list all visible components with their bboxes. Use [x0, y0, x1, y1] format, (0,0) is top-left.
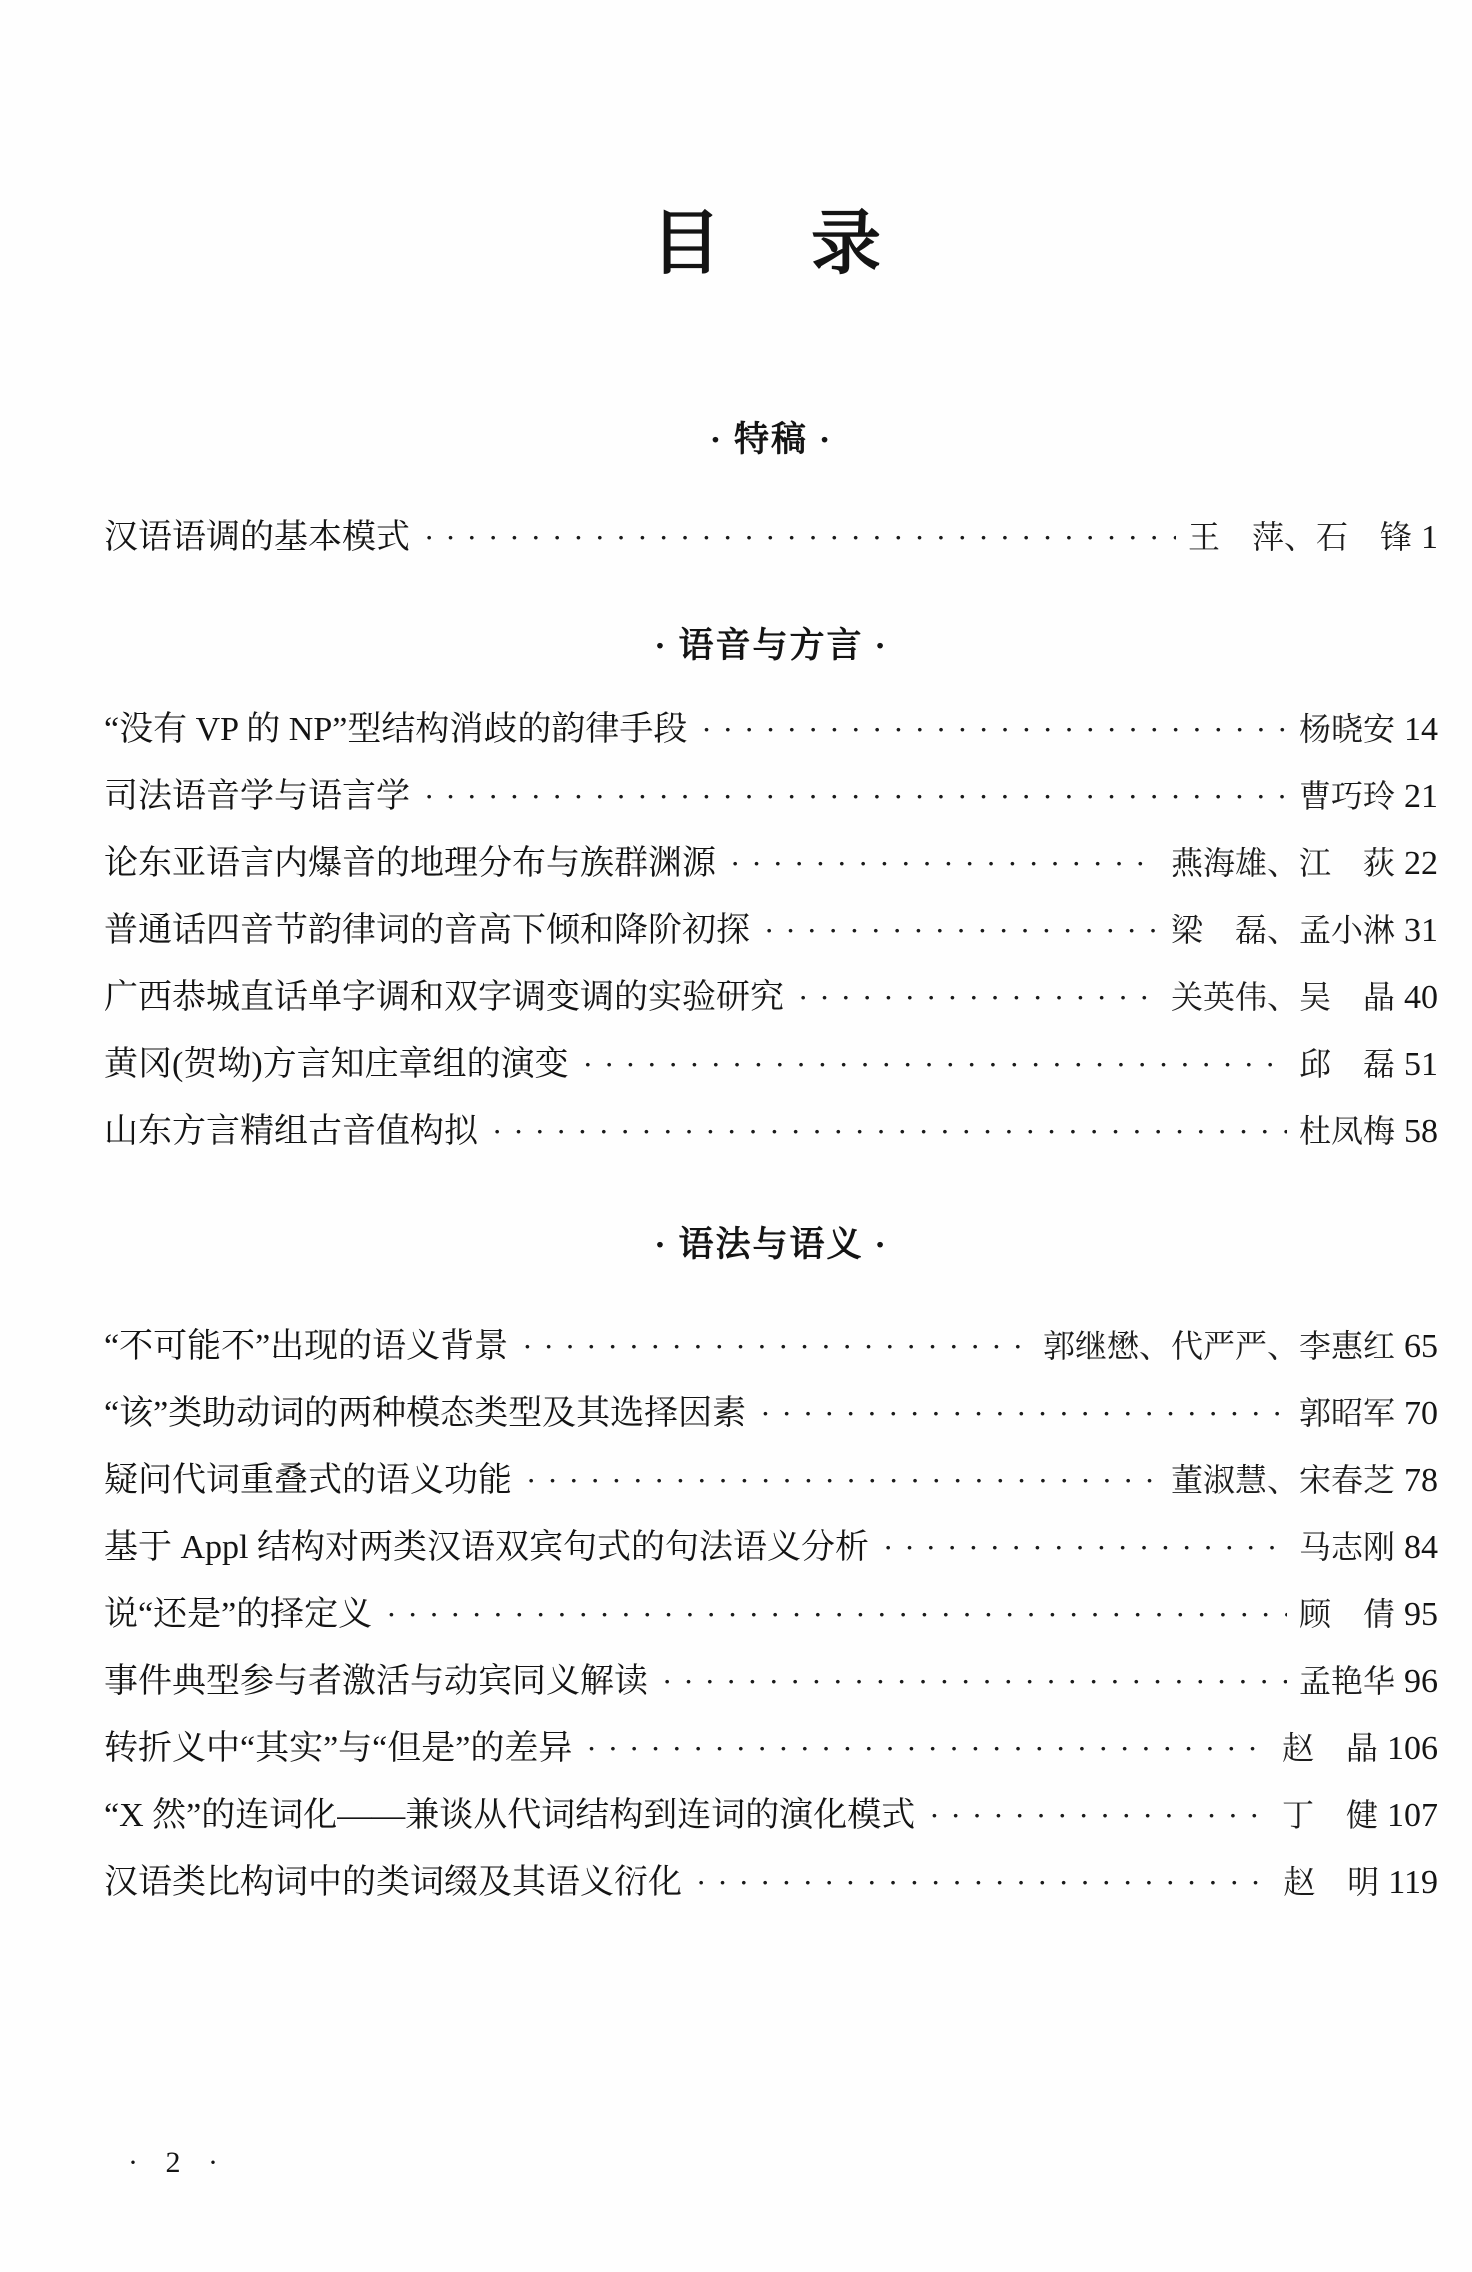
entry-authors: 赵 晶: [1282, 1715, 1378, 1782]
dot-leader: [760, 1380, 1287, 1453]
dot-leader: [730, 830, 1159, 903]
entry-authors: 郭继懋、代严严、李惠红: [1043, 1313, 1395, 1380]
entry-title: 事件典型参与者激活与动宾同义解读: [104, 1648, 648, 1715]
dot-leader: [424, 504, 1176, 577]
toc-section: · 特稿 · 汉语语调的基本模式 王 萍、石 锋 1: [104, 420, 1438, 571]
toc-entry: “不可能不”出现的语义背景 郭继懋、代严严、李惠红 65: [104, 1313, 1438, 1380]
entry-authors: 郭昭军: [1299, 1380, 1395, 1447]
toc-entry: 说“还是”的择定义 顾 倩 95: [104, 1581, 1438, 1648]
entry-page-number: 106: [1387, 1715, 1438, 1782]
dot-leader: [929, 1782, 1270, 1855]
entry-page-number: 31: [1404, 897, 1438, 964]
entry-page-number: 51: [1404, 1031, 1438, 1098]
entry-list: “没有 VP 的 NP”型结构消歧的韵律手段 杨晓安 14 司法语音学与语言学 …: [104, 696, 1438, 1165]
entry-page-number: 22: [1404, 830, 1438, 897]
entry-authors: 燕海雄、江 荻: [1171, 830, 1395, 897]
toc-entry: “该”类助动词的两种模态类型及其选择因素 郭昭军 70: [104, 1380, 1438, 1447]
toc-entry: 广西恭城直话单字调和双字调变调的实验研究 关英伟、吴 晶 40: [104, 964, 1438, 1031]
toc-entry: 转折义中“其实”与“但是”的差异 赵 晶 106: [104, 1715, 1438, 1782]
entry-authors: 丁 健: [1282, 1782, 1378, 1849]
entry-title: 汉语类比构词中的类词缀及其语义衍化: [104, 1849, 682, 1916]
section-heading: · 特稿 ·: [104, 420, 1438, 460]
entry-page-number: 1: [1421, 504, 1438, 571]
entry-authors: 杨晓安: [1299, 696, 1395, 763]
entry-authors: 赵 明: [1283, 1849, 1379, 1916]
entry-title: 山东方言精组古音值构拟: [104, 1098, 478, 1165]
entry-title: 转折义中“其实”与“但是”的差异: [104, 1715, 572, 1782]
toc-content: 目 录 · 特稿 · 汉语语调的基本模式 王 萍、石 锋 1 · 语音与方言 ·…: [0, 208, 1472, 1916]
entry-title: “没有 VP 的 NP”型结构消歧的韵律手段: [104, 696, 687, 763]
sections: · 特稿 · 汉语语调的基本模式 王 萍、石 锋 1 · 语音与方言 · “没有…: [104, 420, 1438, 1916]
dot-leader: [424, 763, 1287, 836]
entry-page-number: 78: [1404, 1447, 1438, 1514]
entry-title: 说“还是”的择定义: [104, 1581, 372, 1648]
entry-title: 基于 Appl 结构对两类汉语双宾句式的句法语义分析: [104, 1514, 869, 1581]
entry-list: 汉语语调的基本模式 王 萍、石 锋 1: [104, 504, 1438, 571]
entry-page-number: 96: [1404, 1648, 1438, 1715]
dot-leader: [883, 1514, 1287, 1587]
toc-entry: “X 然”的连词化——兼谈从代词结构到连词的演化模式 丁 健 107: [104, 1782, 1438, 1849]
entry-list: “不可能不”出现的语义背景 郭继懋、代严严、李惠红 65 “该”类助动词的两种模…: [104, 1313, 1438, 1916]
toc-entry: 普通话四音节韵律词的音高下倾和降阶初探 梁 磊、孟小淋 31: [104, 897, 1438, 964]
entry-page-number: 70: [1404, 1380, 1438, 1447]
entry-title: 黄冈(贺坳)方言知庄章组的演变: [104, 1031, 569, 1098]
entry-title: “X 然”的连词化——兼谈从代词结构到连词的演化模式: [104, 1782, 915, 1849]
entry-authors: 梁 磊、孟小淋: [1171, 897, 1395, 964]
dot-leader: [526, 1447, 1159, 1520]
dot-leader: [586, 1715, 1270, 1788]
dot-leader: [662, 1648, 1287, 1721]
entry-title: 司法语音学与语言学: [104, 763, 410, 830]
page-title: 目 录: [104, 208, 1438, 282]
entry-authors: 杜凤梅: [1299, 1098, 1395, 1165]
entry-page-number: 65: [1404, 1313, 1438, 1380]
dot-leader: [386, 1581, 1287, 1654]
toc-entry: 黄冈(贺坳)方言知庄章组的演变 邱 磊 51: [104, 1031, 1438, 1098]
toc-entry: 汉语类比构词中的类词缀及其语义衍化 赵 明 119: [104, 1849, 1438, 1916]
entry-authors: 曹巧玲: [1299, 763, 1395, 830]
entry-title: 广西恭城直话单字调和双字调变调的实验研究: [104, 964, 784, 1031]
toc-entry: 论东亚语言内爆音的地理分布与族群渊源 燕海雄、江 荻 22: [104, 830, 1438, 897]
toc-entry: 基于 Appl 结构对两类汉语双宾句式的句法语义分析 马志刚 84: [104, 1514, 1438, 1581]
toc-section: · 语音与方言 · “没有 VP 的 NP”型结构消歧的韵律手段 杨晓安 14 …: [104, 626, 1438, 1165]
toc-entry: 事件典型参与者激活与动宾同义解读 孟艳华 96: [104, 1648, 1438, 1715]
toc-entry: 山东方言精组古音值构拟 杜凤梅 58: [104, 1098, 1438, 1165]
section-heading: · 语音与方言 ·: [104, 626, 1438, 666]
entry-authors: 王 萍、石 锋: [1188, 504, 1412, 571]
toc-entry: 汉语语调的基本模式 王 萍、石 锋 1: [104, 504, 1438, 571]
entry-page-number: 40: [1404, 964, 1438, 1031]
entry-page-number: 21: [1404, 763, 1438, 830]
toc-entry: “没有 VP 的 NP”型结构消歧的韵律手段 杨晓安 14: [104, 696, 1438, 763]
entry-authors: 孟艳华: [1299, 1648, 1395, 1715]
section-heading: · 语法与语义 ·: [104, 1225, 1438, 1265]
entry-authors: 邱 磊: [1299, 1031, 1395, 1098]
entry-authors: 关英伟、吴 晶: [1171, 964, 1395, 1031]
dot-leader: [764, 897, 1159, 970]
entry-page-number: 95: [1404, 1581, 1438, 1648]
entry-page-number: 119: [1388, 1849, 1438, 1916]
entry-title: 疑问代词重叠式的语义功能: [104, 1447, 512, 1514]
dot-leader: [522, 1313, 1031, 1386]
dot-leader: [701, 696, 1287, 769]
page-number-footer: · 2 ·: [128, 2146, 228, 2180]
toc-section: · 语法与语义 · “不可能不”出现的语义背景 郭继懋、代严严、李惠红 65 “…: [104, 1225, 1438, 1916]
scanned-toc-page: 目 录 · 特稿 · 汉语语调的基本模式 王 萍、石 锋 1 · 语音与方言 ·…: [0, 0, 1472, 2272]
entry-authors: 董淑慧、宋春芝: [1171, 1447, 1395, 1514]
entry-title: 普通话四音节韵律词的音高下倾和降阶初探: [104, 897, 750, 964]
entry-page-number: 14: [1404, 696, 1438, 763]
dot-leader: [583, 1031, 1287, 1104]
entry-title: “不可能不”出现的语义背景: [104, 1313, 508, 1380]
toc-entry: 疑问代词重叠式的语义功能 董淑慧、宋春芝 78: [104, 1447, 1438, 1514]
entry-title: 汉语语调的基本模式: [104, 504, 410, 571]
entry-title: 论东亚语言内爆音的地理分布与族群渊源: [104, 830, 716, 897]
entry-page-number: 84: [1404, 1514, 1438, 1581]
dot-leader: [696, 1849, 1271, 1922]
entry-authors: 马志刚: [1299, 1514, 1395, 1581]
toc-entry: 司法语音学与语言学 曹巧玲 21: [104, 763, 1438, 830]
entry-authors: 顾 倩: [1299, 1581, 1395, 1648]
entry-page-number: 107: [1387, 1782, 1438, 1849]
entry-page-number: 58: [1404, 1098, 1438, 1165]
entry-title: “该”类助动词的两种模态类型及其选择因素: [104, 1380, 746, 1447]
dot-leader: [798, 964, 1159, 1037]
dot-leader: [492, 1098, 1287, 1171]
